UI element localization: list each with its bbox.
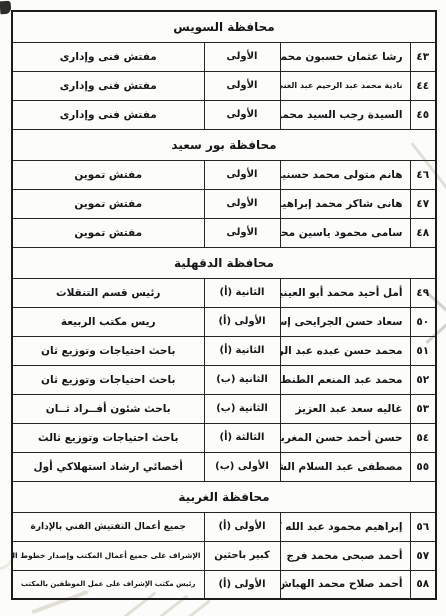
table-row: ٥٢ محمد عبد المنعم الطنطاوي الثانية (ب) … [12,365,436,394]
cell-name: أحمد صلاح محمد الهباش [280,570,410,599]
cell-name: نادية محمد عبد الرحيم عبد الغنى [280,71,410,100]
section-title: محافظة الغربية [12,481,436,512]
table-row: ٤٧ هانى شاكر محمد إبراهيم الأولى مفتش تم… [12,189,436,218]
cell-job: باحث شئون أفــراد ثــان [12,394,204,423]
cell-grade: الأولى [204,42,280,71]
cell-grade: الثانية (ب) [204,365,280,394]
cell-grade: الأولى (أ) [204,307,280,336]
cell-job: باحث احتياجات وتوزيع ثان [12,336,204,365]
cell-job: مفتش تموين [12,160,204,189]
cell-grade: الأولى (ب) [204,452,280,481]
table-row: ٤٨ سامى محمود ياسين محمد الأولى مفتش تمو… [12,218,436,247]
table-row: ٥٧ أحمد صبحى محمد فرج كبير باحثين الإشرا… [12,541,436,570]
cell-number: ٥٨ [410,570,436,599]
table-row: ٤٦ هانم متولى محمد حسنين الأولى مفتش تمو… [12,160,436,189]
cell-job: باحث احتياجات وتوزيع ثالث [12,423,204,452]
cell-job: رئيس مكتب الإشراف على عمل الموظفين بالمك… [12,570,204,599]
cell-name: غاليه سعد عبد العزيز [280,394,410,423]
cell-grade: الأولى [204,71,280,100]
table-row: ٥٠ سعاد حسن الجرايحى إسماعيل الأولى (أ) … [12,307,436,336]
table-row: ٥٦ إبراهيم محمود عبد الله كرتانه الأولى … [12,512,436,541]
cell-number: ٤٩ [410,278,436,307]
cell-grade: الثانية (أ) [204,336,280,365]
cell-name: أحمد صبحى محمد فرج [280,541,410,570]
cell-number: ٥٥ [410,452,436,481]
table-row: ٥١ محمد حسن عبده عبد الرحمن الثانية (أ) … [12,336,436,365]
cell-name: إبراهيم محمود عبد الله كرتانه [280,512,410,541]
cell-number: ٤٦ [410,160,436,189]
section-header-row: محافظة بور سعيد [12,129,436,160]
cell-grade: الأولى (أ) [204,512,280,541]
cell-grade: الأولى [204,189,280,218]
table-row: ٤٤ نادية محمد عبد الرحيم عبد الغنى الأول… [12,71,436,100]
cell-job: ريس مكتب الربيعة [12,307,204,336]
table-row: ٥٤ حسن أحمد حسن المغربي الثالثة (أ) باحث… [12,423,436,452]
table-row: ٥٣ غاليه سعد عبد العزيز الثانية (ب) باحث… [12,394,436,423]
cell-job: باحث احتياجات وتوزيع ثان [12,365,204,394]
cell-number: ٥٢ [410,365,436,394]
cell-grade: الأولى [204,100,280,129]
section-header-row: محافظة السويس [12,11,436,42]
staff-table: محافظة السويس ٤٣ رشا عثمان حسبون محمد ال… [11,10,437,600]
cell-name: رشا عثمان حسبون محمد [280,42,410,71]
watermark-stroke [181,599,211,616]
cell-name: مصطفى عبد السلام الشربيني [280,452,410,481]
cell-grade: كبير باحثين [204,541,280,570]
table-row: ٤٣ رشا عثمان حسبون محمد الأولى مفتش فنى … [12,42,436,71]
cell-number: ٤٥ [410,100,436,129]
table-row: ٤٥ السيدة رجب السيد محمود الأولى مفتش فن… [12,100,436,129]
page-corner-shadow [0,1,11,15]
table-row: ٥٨ أحمد صلاح محمد الهباش الأولى (أ) رئيس… [12,570,436,599]
section-title: محافظة بور سعيد [12,129,436,160]
cell-job: أخصائي ارشاد استهلاكي أول [12,452,204,481]
cell-grade: الأولى (أ) [204,570,280,599]
cell-number: ٥٠ [410,307,436,336]
cell-number: ٤٧ [410,189,436,218]
cell-number: ٥٣ [410,394,436,423]
section-title: محافظة الدقهلية [12,247,436,278]
cell-grade: الثانية (ب) [204,394,280,423]
section-header-row: محافظة الغربية [12,481,436,512]
cell-number: ٤٤ [410,71,436,100]
cell-job: رئيس قسم التنقلات [12,278,204,307]
section-header-row: محافظة الدقهلية [12,247,436,278]
scanned-page: محافظة السويس ٤٣ رشا عثمان حسبون محمد ال… [0,0,446,616]
cell-job: الإشراف على جميع أعمال المكتب وإصدار خطو… [12,541,204,570]
section-title: محافظة السويس [12,11,436,42]
cell-name: سامى محمود ياسين محمد [280,218,410,247]
cell-name: محمد حسن عبده عبد الرحمن [280,336,410,365]
cell-name: حسن أحمد حسن المغربي [280,423,410,452]
cell-name: هانى شاكر محمد إبراهيم [280,189,410,218]
cell-name: السيدة رجب السيد محمود [280,100,410,129]
cell-job: جميع أعمال التفتيش الفني بالإدارة [12,512,204,541]
cell-number: ٥٧ [410,541,436,570]
cell-job: مفتش تموين [12,218,204,247]
cell-name: سعاد حسن الجرايحى إسماعيل [280,307,410,336]
cell-number: ٥٤ [410,423,436,452]
cell-name: هانم متولى محمد حسنين [280,160,410,189]
cell-name: أمل أحيد محمد أبو العينين [280,278,410,307]
cell-job: مفتش فنى وإدارى [12,100,204,129]
cell-grade: الأولى [204,160,280,189]
table-row: ٤٩ أمل أحيد محمد أبو العينين الثانية (أ)… [12,278,436,307]
cell-job: مفتش فنى وإدارى [12,71,204,100]
cell-number: ٤٨ [410,218,436,247]
cell-job: مفتش فنى وإدارى [12,42,204,71]
cell-number: ٥٦ [410,512,436,541]
cell-job: مفتش تموين [12,189,204,218]
cell-grade: الأولى [204,218,280,247]
cell-grade: الثانية (أ) [204,278,280,307]
cell-number: ٤٣ [410,42,436,71]
table-row: ٥٥ مصطفى عبد السلام الشربيني الأولى (ب) … [12,452,436,481]
cell-name: محمد عبد المنعم الطنطاوي [280,365,410,394]
cell-number: ٥١ [410,336,436,365]
cell-grade: الثالثة (أ) [204,423,280,452]
